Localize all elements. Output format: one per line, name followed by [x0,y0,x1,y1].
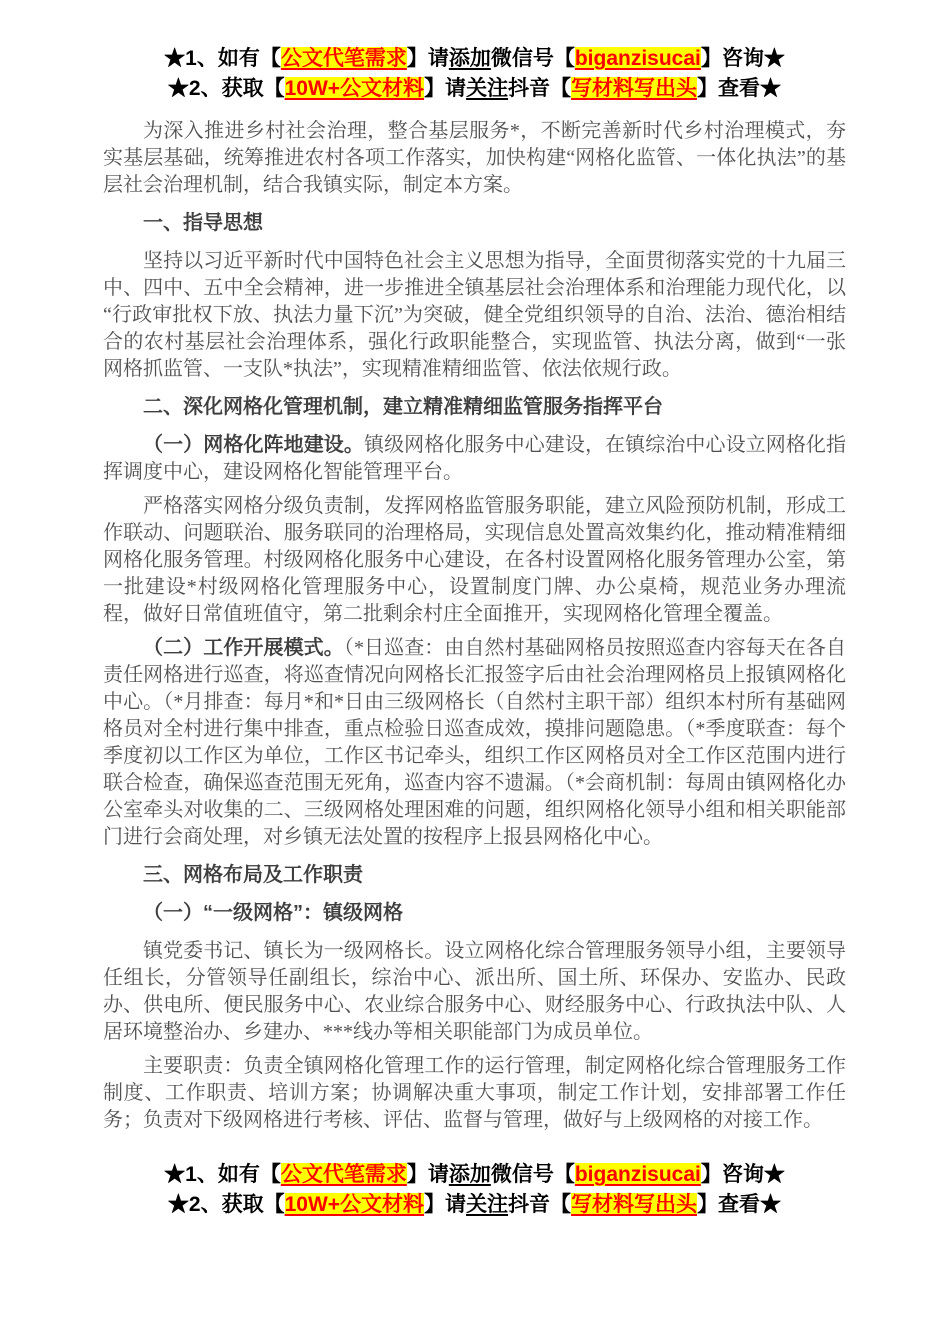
promo-banner-top: ★1、如有【公文代笔需求】请添加微信号【biganzisucai】咨询★ ★2、… [103,44,846,104]
promo-text: 】查看★ [697,1193,781,1216]
promo-text: 】查看★ [697,77,781,100]
promo-text: 抖音【 [508,77,571,100]
promo-line-1: ★1、如有【公文代笔需求】请添加微信号【biganzisucai】咨询★ [103,1160,846,1190]
section-heading-1: 一、指导思想 [103,210,846,237]
highlight-service-keyword: 公文代笔需求 [281,1163,407,1186]
promo-text: 】请 [407,47,449,70]
main-duties-paragraph: 主要职责：负责全镇网格化管理工作的运行管理，制定网格化综合管理服务工作制度、工作… [103,1053,846,1134]
douyin-account-name: 写材料写出头 [571,1193,697,1216]
wechat-id: biganzisucai [575,47,701,70]
promo-text: 微信号【 [491,47,575,70]
document-page: ★1、如有【公文代笔需求】请添加微信号【biganzisucai】咨询★ ★2、… [0,0,950,1344]
promo-banner-bottom: ★1、如有【公文代笔需求】请添加微信号【biganzisucai】咨询★ ★2、… [103,1160,846,1220]
promo-line-1: ★1、如有【公文代笔需求】请添加微信号【biganzisucai】咨询★ [103,44,846,74]
promo-follow-word: 关注 [466,1193,508,1216]
highlight-service-keyword: 公文代笔需求 [281,47,407,70]
promo-line-2: ★2、获取【10W+公文材料】请关注抖音【写材料写出头】查看★ [103,74,846,104]
grid-responsibility-paragraph: 严格落实网格分级负责制，发挥网格监管服务职能，建立风险预防机制，形成工作联动、问… [103,493,846,628]
paragraph-lead-title: （一）网格化阵地建设。 [143,434,364,456]
intro-paragraph: 为深入推进乡村社会治理，整合基层服务*，不断完善新时代乡村治理模式，夯实基层基础… [103,118,846,199]
paragraph-lead-title: （二）工作开展模式。 [143,637,344,659]
town-grid-leaders-paragraph: 镇党委书记、镇长为一级网格长。设立网格化综合管理服务领导小组，主要领导任组长，分… [103,938,846,1046]
grid-site-construction-paragraph: （一）网格化阵地建设。镇级网格化服务中心建设，在镇综治中心设立网格化指挥调度中心… [103,432,846,486]
promo-text: ★2、获取【 [168,77,285,100]
promo-text: 】咨询★ [701,1163,785,1186]
promo-text: 】请 [424,1193,466,1216]
section-heading-3: 三、网格布局及工作职责 [103,862,846,889]
wechat-id: biganzisucai [575,1163,701,1186]
highlight-material-keyword: 10W+公文材料 [285,1193,424,1216]
promo-follow-word: 关注 [466,77,508,100]
section-heading-2: 二、深化网格化管理机制，建立精准精细监管服务指挥平台 [103,394,846,421]
promo-add-word: 添加 [449,47,491,70]
promo-text: 】请 [424,77,466,100]
promo-text: ★1、如有【 [164,47,281,70]
promo-text: 】咨询★ [701,47,785,70]
promo-text: 抖音【 [508,1193,571,1216]
promo-text: ★2、获取【 [168,1193,285,1216]
promo-text: 】请 [407,1163,449,1186]
subsection-heading-level1-grid: （一）“一级网格”：镇级网格 [103,900,846,927]
guiding-thought-paragraph: 坚持以习近平新时代中国特色社会主义思想为指导，全面贯彻落实党的十九届三中、四中、… [103,248,846,383]
paragraph-body-text: （*日巡查：由自然村基础网格员按照巡查内容每天在各自责任网格进行巡查，将巡查情况… [103,637,846,848]
promo-line-2: ★2、获取【10W+公文材料】请关注抖音【写材料写出头】查看★ [103,1190,846,1220]
highlight-material-keyword: 10W+公文材料 [285,77,424,100]
promo-add-word: 添加 [449,1163,491,1186]
promo-text: ★1、如有【 [164,1163,281,1186]
promo-text: 微信号【 [491,1163,575,1186]
work-mode-paragraph: （二）工作开展模式。（*日巡查：由自然村基础网格员按照巡查内容每天在各自责任网格… [103,635,846,851]
douyin-account-name: 写材料写出头 [571,77,697,100]
